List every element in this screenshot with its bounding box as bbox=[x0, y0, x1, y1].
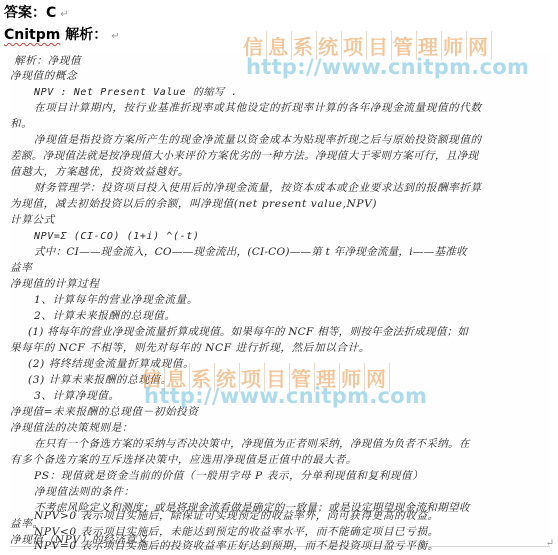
formula: NPV=Σ (CI-CO) (1+i) ^(-t) bbox=[34, 229, 200, 244]
content-line: 净现值=未来报酬的总现值－初始投资 bbox=[10, 405, 199, 420]
analysis-brand: Cnitpm bbox=[4, 27, 60, 43]
answer-label: 答案： bbox=[4, 5, 46, 21]
content-line: 解析：净现值 bbox=[14, 54, 81, 69]
paragraph-mark-icon: ↵ bbox=[111, 31, 119, 42]
content-line: 3、计算净现值。 bbox=[34, 389, 120, 404]
paragraph-mark-icon: ↵ bbox=[60, 9, 68, 20]
analysis-image: 解析：净现值 净现值的概念 NPV : Net Present Value 的缩… bbox=[10, 52, 550, 547]
section-heading: 净现值的概念 bbox=[10, 69, 77, 84]
content-line: 为现值，减去初始投资以后的余额，叫净现值(net present value,N… bbox=[10, 197, 377, 212]
answer-line: 答案：C↵ bbox=[4, 2, 69, 22]
answer-value: C bbox=[46, 5, 56, 21]
content-line: 益率 bbox=[10, 261, 32, 276]
analysis-heading: Cnitpm 解析：↵ bbox=[4, 24, 120, 44]
content-line: 差额。净现值法就是按净现值大小来评价方案优劣的一种方法。净现值大于零则方案可行，… bbox=[10, 149, 478, 164]
content-line: 2、计算未来报酬的总现值。 bbox=[34, 309, 176, 324]
content-line: 1、计算每年的营业净现金流量。 bbox=[34, 293, 198, 308]
section-heading: 计算公式 bbox=[10, 213, 55, 228]
content-line: 净现值是指投资方案所产生的现金净流量以资金成本为贴现率折现之后与原始投资额现值的 bbox=[34, 133, 482, 148]
content-line: NPV>0 表示项目实施后，除保证可实现预定的收益率外，尚可获得更高的收益。 bbox=[34, 509, 439, 524]
content-line: (3) 计算未来报酬的总现值。 bbox=[28, 373, 172, 388]
content-line: 果每年的 NCF 不相等，则先对每年的 NCF 进行折现，然后加以合计。 bbox=[10, 341, 370, 356]
content-line: 净现值法的决策规则是： bbox=[10, 421, 133, 436]
content-line: 在只有一个备选方案的采纳与否决决策中，净现值为正者则采纳，净现值为负者不采纳。在 bbox=[34, 437, 470, 452]
content-line: (2) 将终结现金流量折算成现值。 bbox=[28, 357, 194, 372]
content-line: PS：现值就是资金当前的价值（一般用字母 P 表示，分单利现值和复利现值） bbox=[34, 469, 423, 484]
content-line: 有多个备选方案的互斥选择决策中，应选用净现值是正值中的最大者。 bbox=[10, 453, 357, 468]
content-line: (1) 将每年的营业净现金流量折算成现值。如果每年的 NCF 相等，则按年金法折… bbox=[28, 325, 468, 340]
content-line: 式中：CI——现金流入，CO——现金流出，(CI-CO)——第 t 年净现金流量… bbox=[34, 245, 467, 260]
content-line: 和。 bbox=[10, 117, 32, 132]
analysis-label: 解析： bbox=[60, 27, 107, 43]
content-line: NPV=0 表示项目实施后的投资收益率正好达到预期，而不是投资项目盈亏平衡。 bbox=[34, 539, 439, 554]
section-heading: 净现值的计算过程 bbox=[10, 277, 100, 292]
content-line: 财务管理学：投资项目投入使用后的净现金流量，按资本成本或企业要求达到的报酬率折算 bbox=[34, 181, 482, 196]
content-line: 值越大，方案越优，投资效益越好。 bbox=[10, 165, 189, 180]
content-line: NPV : Net Present Value 的缩写 . bbox=[34, 85, 238, 100]
content-line: 在项目计算期内，按行业基准折现率或其他设定的折现率计算的各年净现金流量现值的代数 bbox=[34, 101, 482, 116]
paragraph-mark-icon: ↵ bbox=[546, 538, 554, 549]
content-line: NPV<0 表示项目实施后，未能达到预定的收益率水平，而不能确定项目已亏损。 bbox=[34, 525, 439, 540]
content-line: 净现值法则的条件： bbox=[34, 485, 135, 500]
